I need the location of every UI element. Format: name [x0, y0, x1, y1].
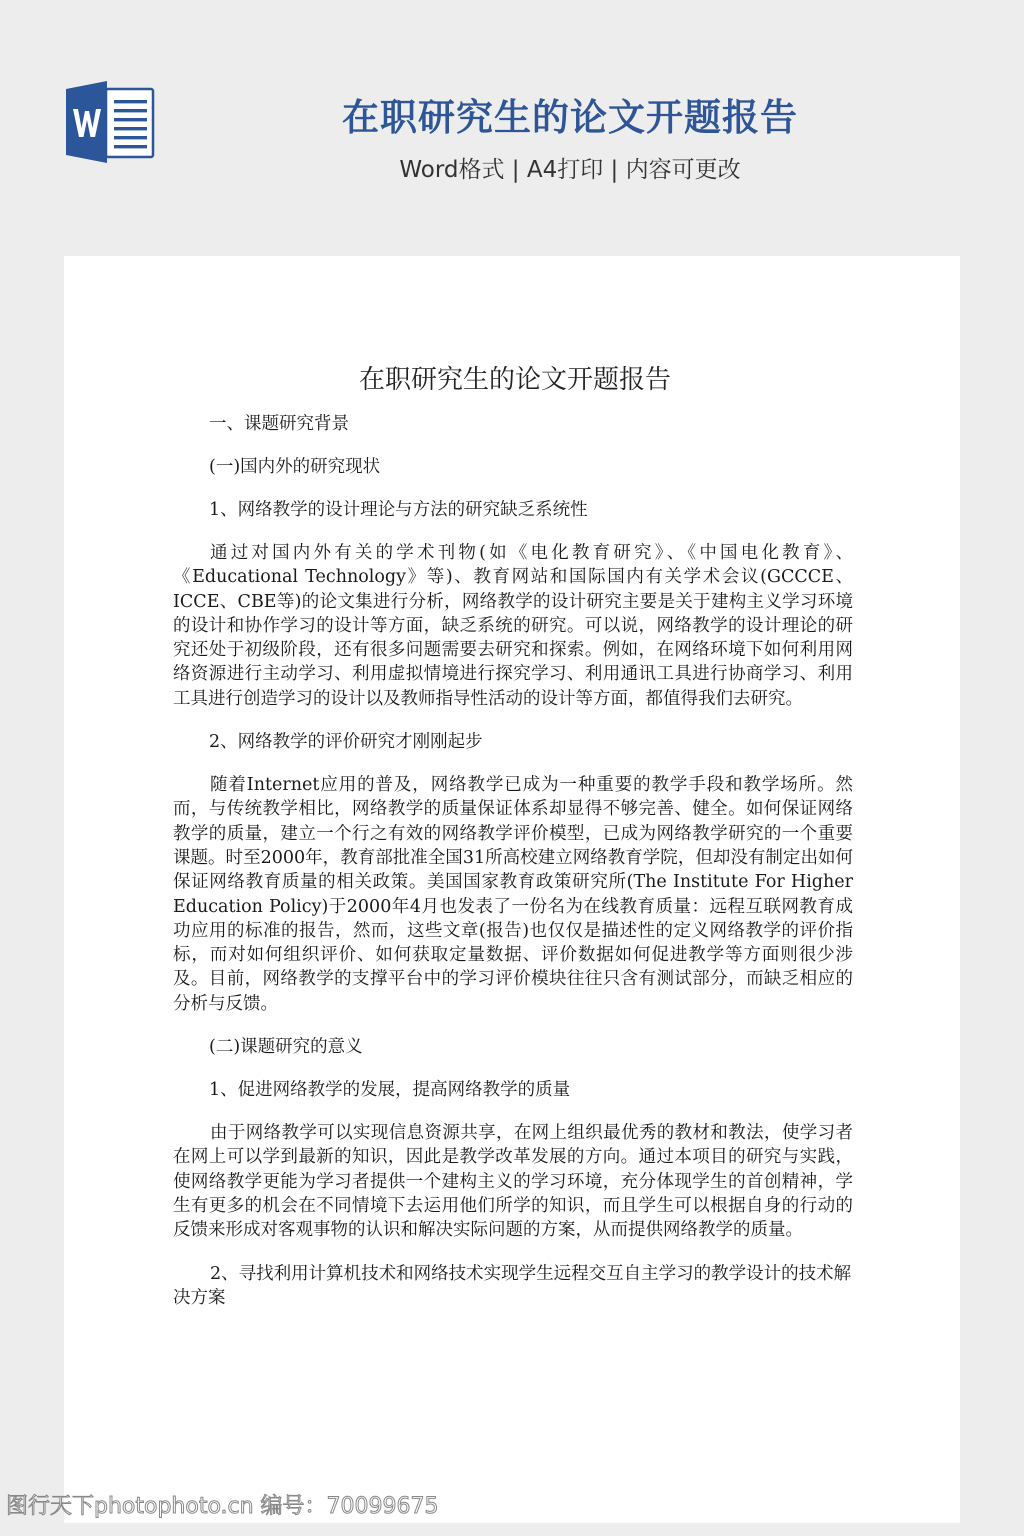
point-heading-technical-solution: 2、寻找利用计算机技术和网络技术实现学生远程交互自主学习的教学设计的技术解决方案	[173, 1262, 853, 1310]
document-page: 在职研究生的论文开题报告 一、课题研究背景 (一)国内外的研究现状 1、网络教学…	[64, 256, 960, 1523]
point-heading-design-theory: 1、网络教学的设计理论与方法的研究缺乏系统性	[173, 498, 853, 522]
banner-subtitle: Word格式 | A4打印 | 内容可更改	[220, 150, 920, 190]
watermark-text: 图行天下photophoto.cn 编号：70099675	[6, 1492, 439, 1522]
paragraph-promote-development: 由于网络教学可以实现信息资源共享，在网上组织最优秀的教材和教法，使学习者在网上可…	[173, 1121, 853, 1242]
banner-title: 在职研究生的论文开题报告	[220, 92, 920, 144]
subsection-heading-research-status: (一)国内外的研究现状	[173, 455, 853, 479]
paragraph-design-theory: 通过对国内外有关的学术刊物(如《电化教育研究》、《中国电化教育》、《Educat…	[173, 541, 853, 711]
point-heading-evaluation: 2、网络教学的评价研究才刚刚起步	[173, 730, 853, 754]
point-heading-promote-development: 1、促进网络教学的发展，提高网络教学的质量	[173, 1078, 853, 1102]
section-heading-background: 一、课题研究背景	[173, 412, 853, 436]
header-banner: 在职研究生的论文开题报告 Word格式 | A4打印 | 内容可更改	[0, 0, 1024, 256]
subsection-heading-significance: (二)课题研究的意义	[173, 1035, 853, 1059]
document-title: 在职研究生的论文开题报告	[177, 360, 853, 400]
document-body: 在职研究生的论文开题报告 一、课题研究背景 (一)国内外的研究现状 1、网络教学…	[173, 360, 853, 1329]
word-document-icon	[64, 80, 156, 164]
paragraph-evaluation: 随着Internet应用的普及，网络教学已成为一种重要的教学手段和教学场所。然而…	[173, 773, 853, 1016]
